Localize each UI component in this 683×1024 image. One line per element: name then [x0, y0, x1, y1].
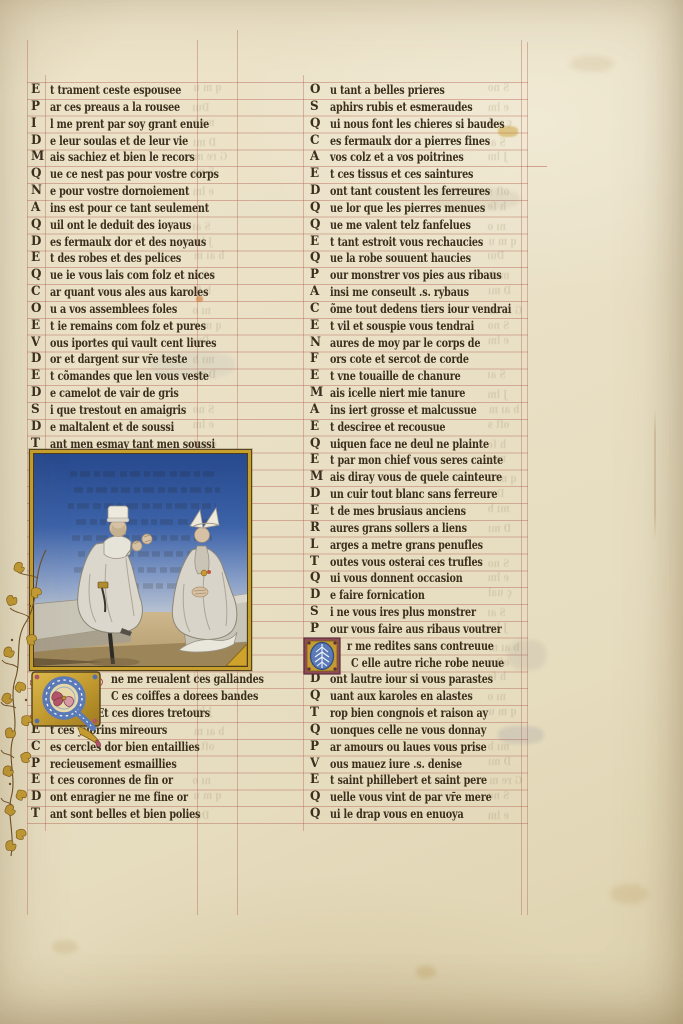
- verse-line: Dont enragier ne me fine orq m u: [27, 789, 242, 806]
- verse-line: Ainsi me conseult .s. rybausD mı: [303, 284, 551, 301]
- verse-text: e maltalent et de soussi: [50, 419, 174, 436]
- bleed-through-text: b aı m: [194, 248, 225, 265]
- bleed-through-text: e lm: [193, 417, 214, 434]
- verse-initial: A: [31, 200, 40, 217]
- verse-initial: E: [310, 234, 319, 251]
- verse-text: ins est pour ce tant seulement: [50, 200, 209, 217]
- verse-text: t de mes brusiaus anciens: [330, 503, 466, 520]
- verse-initial: N: [310, 335, 321, 352]
- verse-line: Quonques celle ne vous donnay: [303, 722, 551, 739]
- bleed-through-text: e lm: [488, 333, 509, 350]
- verse-initial: E: [31, 368, 40, 385]
- verse-line: Mais icelle niert mie tanureJ lm: [303, 385, 551, 402]
- verse-text: ais icelle niert mie tanure: [330, 385, 465, 402]
- verse-text: t vne touaille de chanure: [330, 368, 461, 385]
- verse-text: uiquen face ne deul ne plainte: [330, 436, 489, 453]
- verse-line: Raures grans sollers a liensD mı: [303, 520, 551, 537]
- verse-text: insi me conseult .s. rybaus: [330, 284, 469, 301]
- verse-initial: D: [31, 133, 41, 150]
- bleed-through-text: h ſe: [487, 669, 506, 686]
- verse-initial: D: [310, 486, 320, 503]
- bleed-through-text: mı b: [488, 501, 510, 518]
- verse-initial: Q: [310, 217, 320, 234]
- bleed-through-text: q m u: [194, 80, 222, 97]
- bleed-through-text: J lm: [487, 620, 507, 637]
- verse-line: Et ces coronnes de fin ornı o: [27, 772, 242, 789]
- verse-text: ar quant vous ales aus karoles: [50, 284, 208, 301]
- verse-initial: Q: [310, 200, 320, 217]
- bleed-through-text: oſt s: [488, 417, 510, 434]
- bleed-through-text: D mı: [488, 283, 511, 300]
- verse-initial: Q: [310, 688, 320, 705]
- verse-text: C es coiffes a dorees bandes: [111, 688, 258, 705]
- verse-initial: P: [310, 621, 319, 638]
- verse-line: Pour vous faire aus ribaus voutrerJ lm: [303, 621, 551, 638]
- verse-text: t ces coronnes de fin or: [50, 772, 173, 789]
- verse-line: Ne pour vostre dornoiemente lm: [27, 183, 242, 200]
- verse-initial: Q: [310, 806, 320, 823]
- verse-line: Toutes vous osterai ces truflesS no: [303, 554, 551, 571]
- bleed-through-text: Duı: [487, 248, 504, 265]
- verse-line: De faire fornicationç ual: [303, 587, 551, 604]
- bleed-through-text: e lm: [193, 184, 214, 201]
- verse-initial: E: [310, 318, 319, 335]
- verse-line: Dun cuir tout blanc sans ferreureDuı: [303, 486, 551, 503]
- verse-text: ui le drap vous en enuoya: [330, 806, 464, 823]
- verse-text: ors cote et sercot de corde: [330, 351, 469, 368]
- verse-initial: S: [310, 99, 319, 116]
- verse-text: t tant estroit vous rechaucies: [330, 234, 483, 251]
- verse-text: t ces tissus et ces saintures: [330, 166, 473, 183]
- bleed-through-text: S no: [488, 80, 510, 97]
- verse-initial: E: [31, 318, 40, 335]
- verse-text: ne me reualent ces gallandes: [111, 671, 264, 688]
- bleed-through-text: ç ual: [488, 115, 512, 132]
- verse-text: ue lor que les pierres menues: [330, 200, 485, 217]
- verse-initial: E: [310, 772, 319, 789]
- verse-line: Fors cote et sercot de corde: [303, 351, 551, 368]
- verse-initial: Q: [310, 116, 320, 133]
- verse-initial: C: [31, 284, 41, 301]
- verse-initial: N: [31, 183, 42, 200]
- verse-line: Ains est pour ce tant seulement: [27, 200, 242, 217]
- verse-line: Que ce nest pas pour vostre corpsS no: [27, 166, 242, 183]
- verse-line: Qui le drap vous en enuoyae lm: [303, 806, 551, 823]
- verse-line: Precieusement esmaillies: [27, 756, 242, 773]
- verse-line: Et desciree et recousueoſt s: [303, 419, 551, 436]
- verse-initial: E: [31, 772, 40, 789]
- verse-text: es fermaulx dor a pierres fines: [330, 133, 490, 150]
- illuminated-initial-Q: [30, 670, 110, 748]
- verse-line: Quant aux karoles en alastesnı o: [303, 688, 551, 705]
- verse-initial: D: [310, 183, 320, 200]
- bleed-through-text: ç ual: [193, 669, 217, 686]
- bleed-through-text: ç ual: [193, 437, 217, 454]
- verse-initial: P: [310, 267, 319, 284]
- verse-text: ue ie vous lais com folz et nices: [50, 267, 215, 284]
- verse-text: u a vos assemblees foles: [50, 301, 177, 318]
- verse-initial: Q: [310, 250, 320, 267]
- verse-initial: Q: [310, 570, 320, 587]
- verse-text: rop bien congnois et raison ay: [330, 705, 488, 722]
- verse-text: aures de moy par le corps de: [330, 335, 480, 352]
- verse-initial: S: [31, 402, 40, 419]
- bleed-through-text: h ſe: [487, 199, 506, 216]
- verse-text: õme tout dedens tiers iour vendrai: [330, 301, 511, 318]
- verse-line: De camelot de vair de gris: [27, 385, 242, 402]
- bleed-through-text: e lm: [488, 808, 509, 825]
- verse-line: De maltalent et de soussie lm: [27, 419, 242, 436]
- verse-initial: R: [310, 520, 320, 537]
- stain: [610, 884, 648, 904]
- verse-line: De leur soulas et de leur vieD mı: [27, 133, 242, 150]
- verse-initial: E: [31, 82, 40, 99]
- verse-line: Vous iportes qui vault cent liuresDuı: [27, 335, 242, 352]
- verse-line: Quiquen face ne deul ne plainteh ſe: [303, 436, 551, 453]
- verse-initial: M: [310, 385, 323, 402]
- verse-line: Dont tant coustent les ferreuresoſt s: [303, 183, 551, 200]
- verse-text: r me redites sans contreuue: [347, 638, 494, 655]
- verse-initial: Q: [310, 436, 320, 453]
- verse-text: ins iert grosse et malcussue: [330, 402, 477, 419]
- verse-text: u tant a belles prieres: [330, 82, 445, 99]
- stain: [52, 940, 78, 954]
- verse-text: aphirs rubis et esmeraudes: [330, 99, 473, 116]
- verse-line: Et tant estroit vous rechauciesq m u: [303, 234, 551, 251]
- verse-text: our monstrer vos pies aus ribaus: [330, 267, 502, 284]
- verse-initial: D: [31, 789, 41, 806]
- verse-initial: E: [310, 452, 319, 469]
- verse-initial: P: [310, 739, 319, 756]
- verse-text: es fermaulx dor et des noyaus: [50, 234, 206, 251]
- verse-initial: Q: [31, 267, 41, 284]
- verse-initial: L: [310, 537, 318, 554]
- verse-initial: D: [31, 385, 41, 402]
- verse-text: uonques celle ne vous donnay: [330, 722, 486, 739]
- bleed-through-text: Duı: [192, 333, 209, 350]
- verse-text: ui nous font les chieres si baudes: [330, 116, 504, 133]
- verse-line: Dor et dargent sur vr̄e testemı b: [27, 351, 242, 368]
- bleed-through-text: mı b: [193, 115, 215, 132]
- bleed-through-text: h ſe: [192, 283, 211, 300]
- verse-text: our vous faire aus ribaus voutrer: [330, 621, 502, 638]
- verse-text: ais diray vous de quele cainteure: [330, 469, 502, 486]
- verse-initial: P: [31, 99, 40, 116]
- verse-text: e pour vostre dornoiement: [50, 183, 189, 200]
- verse-line: Et vil et souspie vous tendraiS no: [303, 318, 551, 335]
- verse-line: Et des robes et des pelicesb aı m: [27, 250, 242, 267]
- verse-text: aures grans sollers a liens: [330, 520, 467, 537]
- verse-line: Naures de moy par le corps dee lm: [303, 335, 551, 352]
- verse-line: Vous mauez iure .s. deniseD mı: [303, 756, 551, 773]
- verse-initial: O: [31, 301, 41, 318]
- bleed-through-text: S no: [488, 788, 510, 805]
- verse-text: vos colz et a vos poitrines: [330, 149, 464, 166]
- verse-text: ant sont belles et bien polies: [50, 806, 200, 823]
- verse-text: t desciree et recousue: [330, 419, 445, 436]
- verse-line: Car quant vous ales aus karolesh ſe: [27, 284, 242, 301]
- verse-text: C elle autre riche robe neuue: [351, 655, 504, 672]
- verse-text: ant men esmay tant men soussi: [50, 436, 215, 453]
- verse-initial: D: [31, 234, 41, 251]
- verse-initial: M: [31, 149, 44, 166]
- verse-line: Qui vous donnent occasione lm: [303, 570, 551, 587]
- verse-line: Trop bien congnois et raison ayq m u: [303, 705, 551, 722]
- stain: [416, 966, 436, 978]
- verse-line: Ains iert grosse et malcussueb aı m: [303, 402, 551, 419]
- verse-line: Larges a metre grans penufles: [303, 537, 551, 554]
- verse-initial: V: [310, 756, 319, 773]
- stain: [570, 56, 614, 72]
- verse-line: Il me prent par soy grant enuiemı b: [27, 116, 242, 133]
- verse-initial: I: [31, 116, 37, 133]
- verse-initial: A: [310, 402, 319, 419]
- verse-text: ont enragier ne me fine or: [50, 789, 188, 806]
- verse-line: Par amours ou laues vous prisemı b: [303, 739, 551, 756]
- verse-line: Que lor que les pierres menuesh ſe: [303, 200, 551, 217]
- verse-line: Si ne vous ires plus monstrerS aı: [303, 604, 551, 621]
- verse-line: Tant men esmay tant men soussiç ual: [27, 436, 242, 453]
- verse-text: i que trestout en amaigris: [50, 402, 186, 419]
- verse-line: Ou a vos assemblees folesnı o: [27, 301, 242, 318]
- bleed-through-text: Duı: [192, 808, 209, 825]
- verse-line: Et par mon chief vous seres caintenı o: [303, 452, 551, 469]
- bleed-through-text: nı o: [487, 451, 506, 468]
- verse-initial: V: [31, 335, 40, 352]
- verse-text: ont tant coustent les ferreures: [330, 183, 490, 200]
- bleed-through-text: D mı: [488, 754, 511, 771]
- verse-line: Pour monstrer vos pies aus ribausmı b: [303, 267, 551, 284]
- verse-text: uil ont le deduit des ioyaus: [50, 217, 191, 234]
- verse-line: Et ie remains com folz et puresq m u: [27, 318, 242, 335]
- verse-text: l me prent par soy grant enuie: [50, 116, 209, 133]
- verse-text: ui vous donnent occasion: [330, 570, 463, 587]
- bleed-through-text: D mı: [488, 521, 511, 538]
- verse-text: ue la robe souuent haucies: [330, 250, 471, 267]
- verse-initial: E: [31, 250, 40, 267]
- verse-text: t vil et souspie vous tendrai: [330, 318, 474, 335]
- verse-text: t trament ceste espousee: [50, 82, 181, 99]
- bleed-through-text: S aı: [487, 367, 505, 384]
- verse-line: Saphirs rubis et esmeraudese lm: [303, 99, 551, 116]
- verse-initial: E: [310, 368, 319, 385]
- bleed-through-text: oſt s: [193, 739, 215, 756]
- verse-line: Avos colz et a vos poitrinesJ lm: [303, 149, 551, 166]
- verse-line: Tant sont belles et bien poliesDuı: [27, 806, 242, 823]
- verse-line: Et saint phillebert et saint pereG re m: [303, 772, 551, 789]
- verse-line: Et cõmandes que len vous vesteD mı: [27, 368, 242, 385]
- verse-initial: M: [310, 469, 323, 486]
- manuscript-page: Et trament ceste espouseeq m uPar ces pr…: [0, 0, 683, 1024]
- verse-text: ue me valent telz fanfelues: [330, 217, 471, 234]
- verse-initial: A: [310, 149, 319, 166]
- verse-line: Ces fermaulx dor a pierres finesS aı: [303, 133, 551, 150]
- verse-line: Cõme tout dedens tiers iour vendraiG re…: [303, 301, 551, 318]
- verse-text: ais sachiez et bien le recors: [50, 149, 195, 166]
- verse-initial: T: [31, 436, 40, 453]
- verse-line: Et ces tissus et ces saintures: [303, 166, 551, 183]
- verse-text: t saint phillebert et saint pere: [330, 772, 487, 789]
- verse-line: Quelle vous vint de par vr̄e mereS no: [303, 789, 551, 806]
- verse-initial: Q: [310, 789, 320, 806]
- bleed-through-text: q m u: [489, 704, 517, 721]
- bleed-through-text: q m u: [194, 788, 222, 805]
- verse-initial: E: [310, 503, 319, 520]
- verse-text: uelle vous vint de par vr̄e mere: [330, 789, 492, 806]
- bleed-through-text: J lm: [487, 149, 507, 166]
- verse-line: Mais diray vous de quele cainteureq m u: [303, 469, 551, 486]
- verse-initial: P: [31, 756, 40, 773]
- verse-initial: E: [310, 419, 319, 436]
- verse-initial: C: [310, 301, 320, 318]
- verse-line: Et de mes brusiaus anciensmı b: [303, 503, 551, 520]
- verse-initial: T: [310, 705, 319, 722]
- verse-line: Qui nous font les chieres si baudesç ual: [303, 116, 551, 133]
- verse-line: Que ie vous lais com folz et nicesoſt s: [27, 267, 242, 284]
- parchment-fold: [654, 408, 656, 540]
- verse-text: e leur soulas et de leur vie: [50, 133, 188, 150]
- verse-initial: Q: [31, 166, 41, 183]
- verse-initial: T: [310, 554, 319, 571]
- verse-initial: O: [310, 82, 320, 99]
- verse-text: t cõmandes que len vous veste: [50, 368, 209, 385]
- verse-initial: T: [31, 806, 40, 823]
- miniature-two-seated-figures: [33, 453, 248, 667]
- verse-line: Et trament ceste espouseeq m u: [27, 82, 242, 99]
- verse-initial: E: [310, 166, 319, 183]
- verse-line: Par ces preaus a la rouseeDuı: [27, 99, 242, 116]
- verse-initial: D: [310, 587, 320, 604]
- verse-text: e faire fornication: [330, 587, 425, 604]
- bleed-through-text: S no: [193, 164, 215, 181]
- verse-initial: F: [310, 351, 318, 368]
- verse-text: e camelot de vair de gris: [50, 385, 179, 402]
- verse-text: un cuir tout blanc sans ferreure: [330, 486, 497, 503]
- bleed-through-text: D mı: [193, 367, 216, 384]
- verse-initial: D: [31, 419, 41, 436]
- verse-line: Que la robe souuent hauciesDuı: [303, 250, 551, 267]
- verse-text: ar amours ou laues vous prise: [330, 739, 487, 756]
- verse-line: Quil ont le deduit des ioyausS aı: [27, 217, 242, 234]
- verse-line: Et vne touaille de chanureS aı: [303, 368, 551, 385]
- verse-text: uant aux karoles en alastes: [330, 688, 473, 705]
- verse-text: i ne vous ires plus monstrer: [330, 604, 476, 621]
- verse-initial: D: [31, 351, 41, 368]
- verse-initial: A: [310, 284, 319, 301]
- verse-text: or et dargent sur vr̄e teste: [50, 351, 187, 368]
- verse-initial: Q: [310, 722, 320, 739]
- verse-text: arges a metre grans penufles: [330, 537, 483, 554]
- illuminated-initial-O: [303, 637, 341, 675]
- verse-text: t des robes et des pelices: [50, 250, 181, 267]
- bleed-through-text: J lm: [192, 704, 212, 721]
- verse-initial: S: [310, 604, 319, 621]
- verse-line: Que me valent telz fanfeluesnı o: [303, 217, 551, 234]
- miniature-scene: [34, 454, 247, 666]
- verse-line: Ou tant a belles prieresS no: [303, 82, 551, 99]
- verse-text: outes vous osterai ces trufles: [330, 554, 483, 571]
- verse-initial: C: [310, 133, 320, 150]
- verse-text: t ie remains com folz et pures: [50, 318, 206, 335]
- bleed-through-text: ç ual: [488, 585, 512, 602]
- verse-text: t par mon chief vous seres cainte: [330, 452, 503, 469]
- verse-text: recieusement esmaillies: [50, 756, 177, 773]
- verse-text: ont lautre iour si vous parastes: [330, 671, 493, 688]
- verse-text: ous mauez iure .s. denise: [330, 756, 462, 773]
- verse-text: ar ces preaus a la rousee: [50, 99, 180, 116]
- verse-initial: Q: [31, 217, 41, 234]
